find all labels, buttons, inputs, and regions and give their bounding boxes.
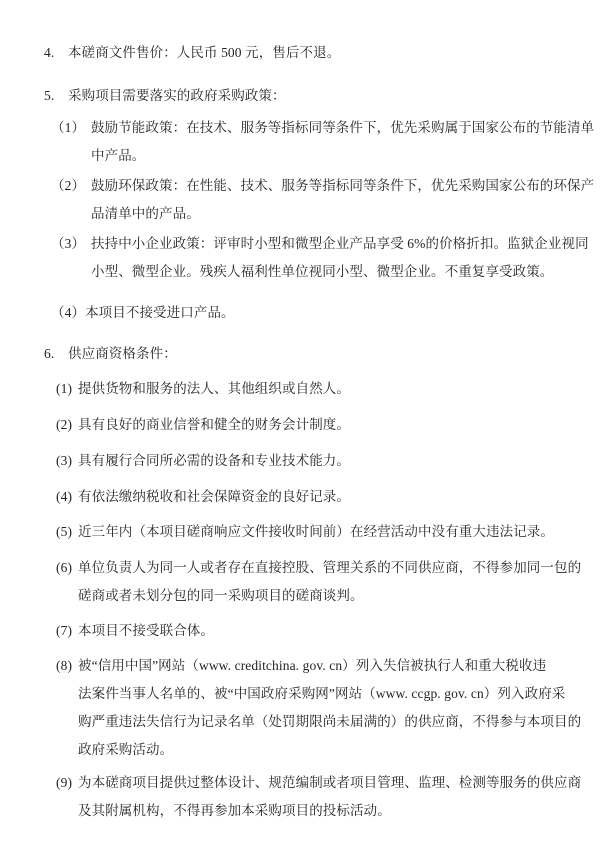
text-line: 法案件当事人名单的、被“中国政府采购网”网站（www. ccgp. gov. c… — [78, 680, 581, 708]
item-number: 6. — [44, 340, 68, 368]
item-number: (3) — [56, 447, 78, 475]
text-line: 被“信用中国”网站（www. creditchina. gov. cn）列入失信… — [78, 652, 581, 680]
item-text: 被“信用中国”网站（www. creditchina. gov. cn）列入失信… — [78, 652, 581, 764]
item-text: 近三年内（本项目磋商响应文件接收时间前）在经营活动中没有重大违法记录。 — [78, 518, 554, 546]
item-number: (1) — [56, 375, 78, 403]
list-item-5-4: （4） 本项目不接受进口产品。 — [0, 299, 608, 327]
list-item-6-6: (6) 单位负责人为同一人或者存在直接控股、管理关系的不同供应商，不得参加同一包… — [0, 554, 608, 610]
list-item-6-9: (9) 为本磋商项目提供过整体设计、规范编制或者项目管理、监理、检测等服务的供应… — [0, 769, 608, 825]
text-line: 为本磋商项目提供过整体设计、规范编制或者项目管理、监理、检测等服务的供应商 — [78, 769, 581, 797]
document-page: 4. 本磋商文件售价：人民币 500 元，售后不退。 5. 采购项目需要落实的政… — [0, 0, 608, 861]
item-number: （1） — [51, 114, 91, 142]
text-line: 有依法缴纳税收和社会保障资金的良好记录。 — [78, 483, 350, 511]
list-item-5-2: （2） 鼓励环保政策：在性能、技术、服务等指标同等条件下，优先采购国家公布的环保… — [0, 172, 608, 228]
item-number: (9) — [56, 769, 78, 797]
item-number: (6) — [56, 554, 78, 582]
list-item-6-7: (7) 本项目不接受联合体。 — [0, 617, 608, 645]
item-number: (2) — [56, 411, 78, 439]
item-text: 具有良好的商业信誉和健全的财务会计制度。 — [78, 411, 350, 439]
text-line: 及其附属机构，不得再参加本采购项目的投标活动。 — [78, 797, 581, 825]
list-item-5: 5. 采购项目需要落实的政府采购政策： — [0, 82, 608, 110]
text-line: 本项目不接受联合体。 — [78, 617, 214, 645]
text-line: 本磋商文件售价：人民币 500 元，售后不退。 — [68, 39, 340, 67]
item-text: 单位负责人为同一人或者存在直接控股、管理关系的不同供应商，不得参加同一包的 磋商… — [78, 554, 581, 610]
text-line: 鼓励节能政策：在技术、服务等指标同等条件下，优先采购属于国家公布的节能清单 — [91, 114, 594, 142]
list-item-6-8: (8) 被“信用中国”网站（www. creditchina. gov. cn）… — [0, 652, 608, 764]
list-item-6-5: (5) 近三年内（本项目磋商响应文件接收时间前）在经营活动中没有重大违法记录。 — [0, 518, 608, 546]
item-number: 4. — [44, 39, 68, 67]
text-line: 近三年内（本项目磋商响应文件接收时间前）在经营活动中没有重大违法记录。 — [78, 518, 554, 546]
list-item-6-1: (1) 提供货物和服务的法人、其他组织或自然人。 — [0, 375, 608, 403]
item-text: 有依法缴纳税收和社会保障资金的良好记录。 — [78, 483, 350, 511]
item-text: 鼓励节能政策：在技术、服务等指标同等条件下，优先采购属于国家公布的节能清单 中产… — [91, 114, 594, 170]
item-number: 5. — [44, 82, 68, 110]
list-item-5-1: （1） 鼓励节能政策：在技术、服务等指标同等条件下，优先采购属于国家公布的节能清… — [0, 114, 608, 170]
text-line: 中产品。 — [91, 142, 594, 170]
text-line: 单位负责人为同一人或者存在直接控股、管理关系的不同供应商，不得参加同一包的 — [78, 554, 581, 582]
text-line: 鼓励环保政策：在性能、技术、服务等指标同等条件下，优先采购国家公布的环保产 — [91, 172, 594, 200]
text-line: 品清单中的产品。 — [91, 200, 594, 228]
item-number: （3） — [51, 230, 91, 258]
item-text: 供应商资格条件： — [68, 340, 177, 368]
text-line: 具有良好的商业信誉和健全的财务会计制度。 — [78, 411, 350, 439]
item-text: 本项目不接受进口产品。 — [85, 299, 235, 327]
item-number: (4) — [56, 483, 78, 511]
item-text: 鼓励环保政策：在性能、技术、服务等指标同等条件下，优先采购国家公布的环保产 品清… — [91, 172, 594, 228]
text-line: 采购项目需要落实的政府采购政策： — [68, 82, 286, 110]
item-number: （2） — [51, 172, 91, 200]
text-line: 提供货物和服务的法人、其他组织或自然人。 — [78, 375, 350, 403]
list-item-6: 6. 供应商资格条件： — [0, 340, 608, 368]
item-text: 扶持中小企业政策：评审时小型和微型企业产品享受 6%的价格折扣。监狱企业视同 小… — [91, 230, 589, 286]
text-line: 小型、微型企业。残疾人福利性单位视同小型、微型企业。不重复享受政策。 — [91, 258, 589, 286]
text-line: 扶持中小企业政策：评审时小型和微型企业产品享受 6%的价格折扣。监狱企业视同 — [91, 230, 589, 258]
item-text: 为本磋商项目提供过整体设计、规范编制或者项目管理、监理、检测等服务的供应商 及其… — [78, 769, 581, 825]
list-item-6-2: (2) 具有良好的商业信誉和健全的财务会计制度。 — [0, 411, 608, 439]
item-text: 本磋商文件售价：人民币 500 元，售后不退。 — [68, 39, 340, 67]
item-number: (7) — [56, 617, 78, 645]
item-number: (8) — [56, 652, 78, 680]
item-number: （4） — [51, 299, 85, 327]
item-text: 提供货物和服务的法人、其他组织或自然人。 — [78, 375, 350, 403]
text-line: 购严重违法失信行为记录名单（处罚期限尚未届满的）的供应商，不得参与本项目的 — [78, 708, 581, 736]
text-line: 政府采购活动。 — [78, 736, 581, 764]
text-line: 本项目不接受进口产品。 — [85, 299, 235, 327]
item-text: 具有履行合同所必需的设备和专业技术能力。 — [78, 447, 350, 475]
text-line: 供应商资格条件： — [68, 340, 177, 368]
item-text: 采购项目需要落实的政府采购政策： — [68, 82, 286, 110]
item-number: (5) — [56, 518, 78, 546]
list-item-4: 4. 本磋商文件售价：人民币 500 元，售后不退。 — [0, 39, 608, 67]
list-item-6-3: (3) 具有履行合同所必需的设备和专业技术能力。 — [0, 447, 608, 475]
list-item-5-3: （3） 扶持中小企业政策：评审时小型和微型企业产品享受 6%的价格折扣。监狱企业… — [0, 230, 608, 286]
item-text: 本项目不接受联合体。 — [78, 617, 214, 645]
list-item-6-4: (4) 有依法缴纳税收和社会保障资金的良好记录。 — [0, 483, 608, 511]
text-line: 磋商或者未划分包的同一采购项目的磋商谈判。 — [78, 582, 581, 610]
text-line: 具有履行合同所必需的设备和专业技术能力。 — [78, 447, 350, 475]
